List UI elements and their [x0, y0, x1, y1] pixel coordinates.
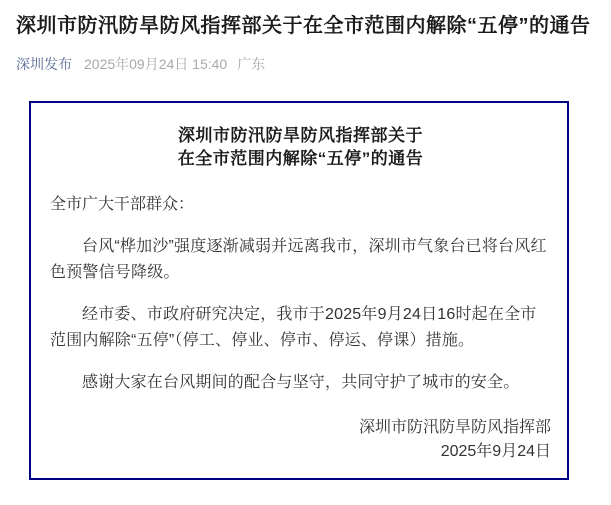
notice-paragraph-2: 经市委、市政府研究决定，我市于2025年9月24日16时起在全市范围内解除“五停…	[50, 302, 551, 354]
notice-paragraph-3: 感谢大家在台风期间的配合与坚守，共同守护了城市的安全。	[50, 370, 551, 396]
notice-greeting: 全市广大干部群众：	[50, 192, 551, 218]
article-header: 深圳市防汛防旱防风指挥部关于在全市范围内解除“五停”的通告 深圳发布 2025年…	[0, 0, 611, 74]
notice-paragraph-1: 台风“桦加沙”强度逐渐减弱并远离我市，深圳市气象台已将台风红色预警信号降级。	[50, 234, 551, 286]
publish-time: 2025年09月24日 15:40	[84, 54, 227, 74]
signature-org: 深圳市防汛防旱防风指挥部	[50, 416, 551, 440]
account-name-link[interactable]: 深圳发布	[16, 54, 72, 74]
notice-title: 深圳市防汛防旱防风指挥部关于 在全市范围内解除“五停”的通告	[50, 124, 551, 170]
article-page: 深圳市防汛防旱防风指挥部关于在全市范围内解除“五停”的通告 深圳发布 2025年…	[0, 0, 611, 505]
byline: 深圳发布 2025年09月24日 15:40 广东	[16, 54, 595, 74]
signature-date: 2025年9月24日	[50, 440, 551, 464]
page-title: 深圳市防汛防旱防风指挥部关于在全市范围内解除“五停”的通告	[16, 13, 595, 40]
publish-region: 广东	[237, 54, 265, 74]
notice-title-line1: 深圳市防汛防旱防风指挥部关于	[50, 124, 551, 147]
notice-box: 深圳市防汛防旱防风指挥部关于 在全市范围内解除“五停”的通告 全市广大干部群众：…	[29, 101, 569, 480]
notice-title-line2: 在全市范围内解除“五停”的通告	[50, 147, 551, 170]
notice-signature: 深圳市防汛防旱防风指挥部 2025年9月24日	[50, 416, 551, 464]
